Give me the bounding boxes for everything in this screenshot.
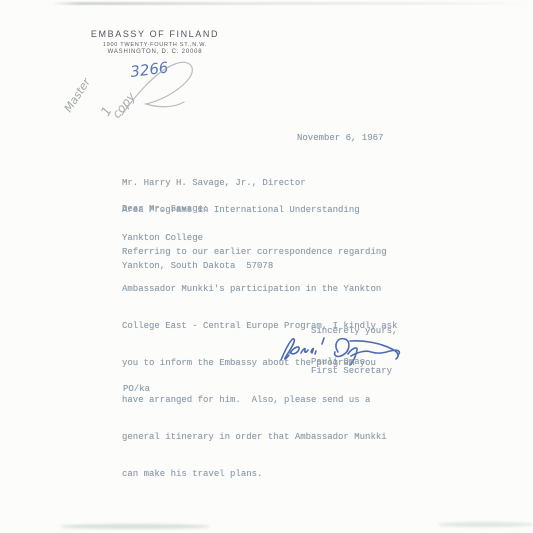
signer-title: First Secretary [311,366,392,376]
salutation: Dear Mr. Savage: [122,204,208,214]
scan-smudge-left [60,524,210,529]
embassy-name: EMBASSY OF FINLAND [0,29,310,39]
body-line: can make his travel plans. [122,468,397,480]
signature-stroke [335,339,349,357]
pencil-note-copy: copy [109,89,138,121]
body-line: Ambassador Munkki's participation in the… [122,283,397,295]
signature-stroke [322,338,324,344]
letterhead: EMBASSY OF FINLAND 1900 TWENTY-FOURTH ST… [0,29,310,55]
signature-stroke [290,347,316,354]
handwritten-annotations: 3266 Master 1 copy [60,53,205,153]
body-line: general itinerary in order that Ambassad… [122,431,397,443]
paper-top-edge [52,2,533,5]
scan-smudge-right [438,522,533,527]
date-line: November 6, 1967 [297,133,383,143]
body-line: have arranged for him. Also, please send… [122,394,397,406]
embassy-street: 1900 TWENTY-FOURTH ST.,N.W. [0,42,310,48]
body-line: Referring to our earlier correspondence … [122,246,397,258]
recipient-line: Mr. Harry H. Savage, Jr., Director [122,179,360,188]
typist-initials: PO/ka [123,384,150,394]
pencil-note-master: Master [62,75,94,115]
scanned-letter: EMBASSY OF FINLAND 1900 TWENTY-FOURTH ST… [0,0,533,533]
